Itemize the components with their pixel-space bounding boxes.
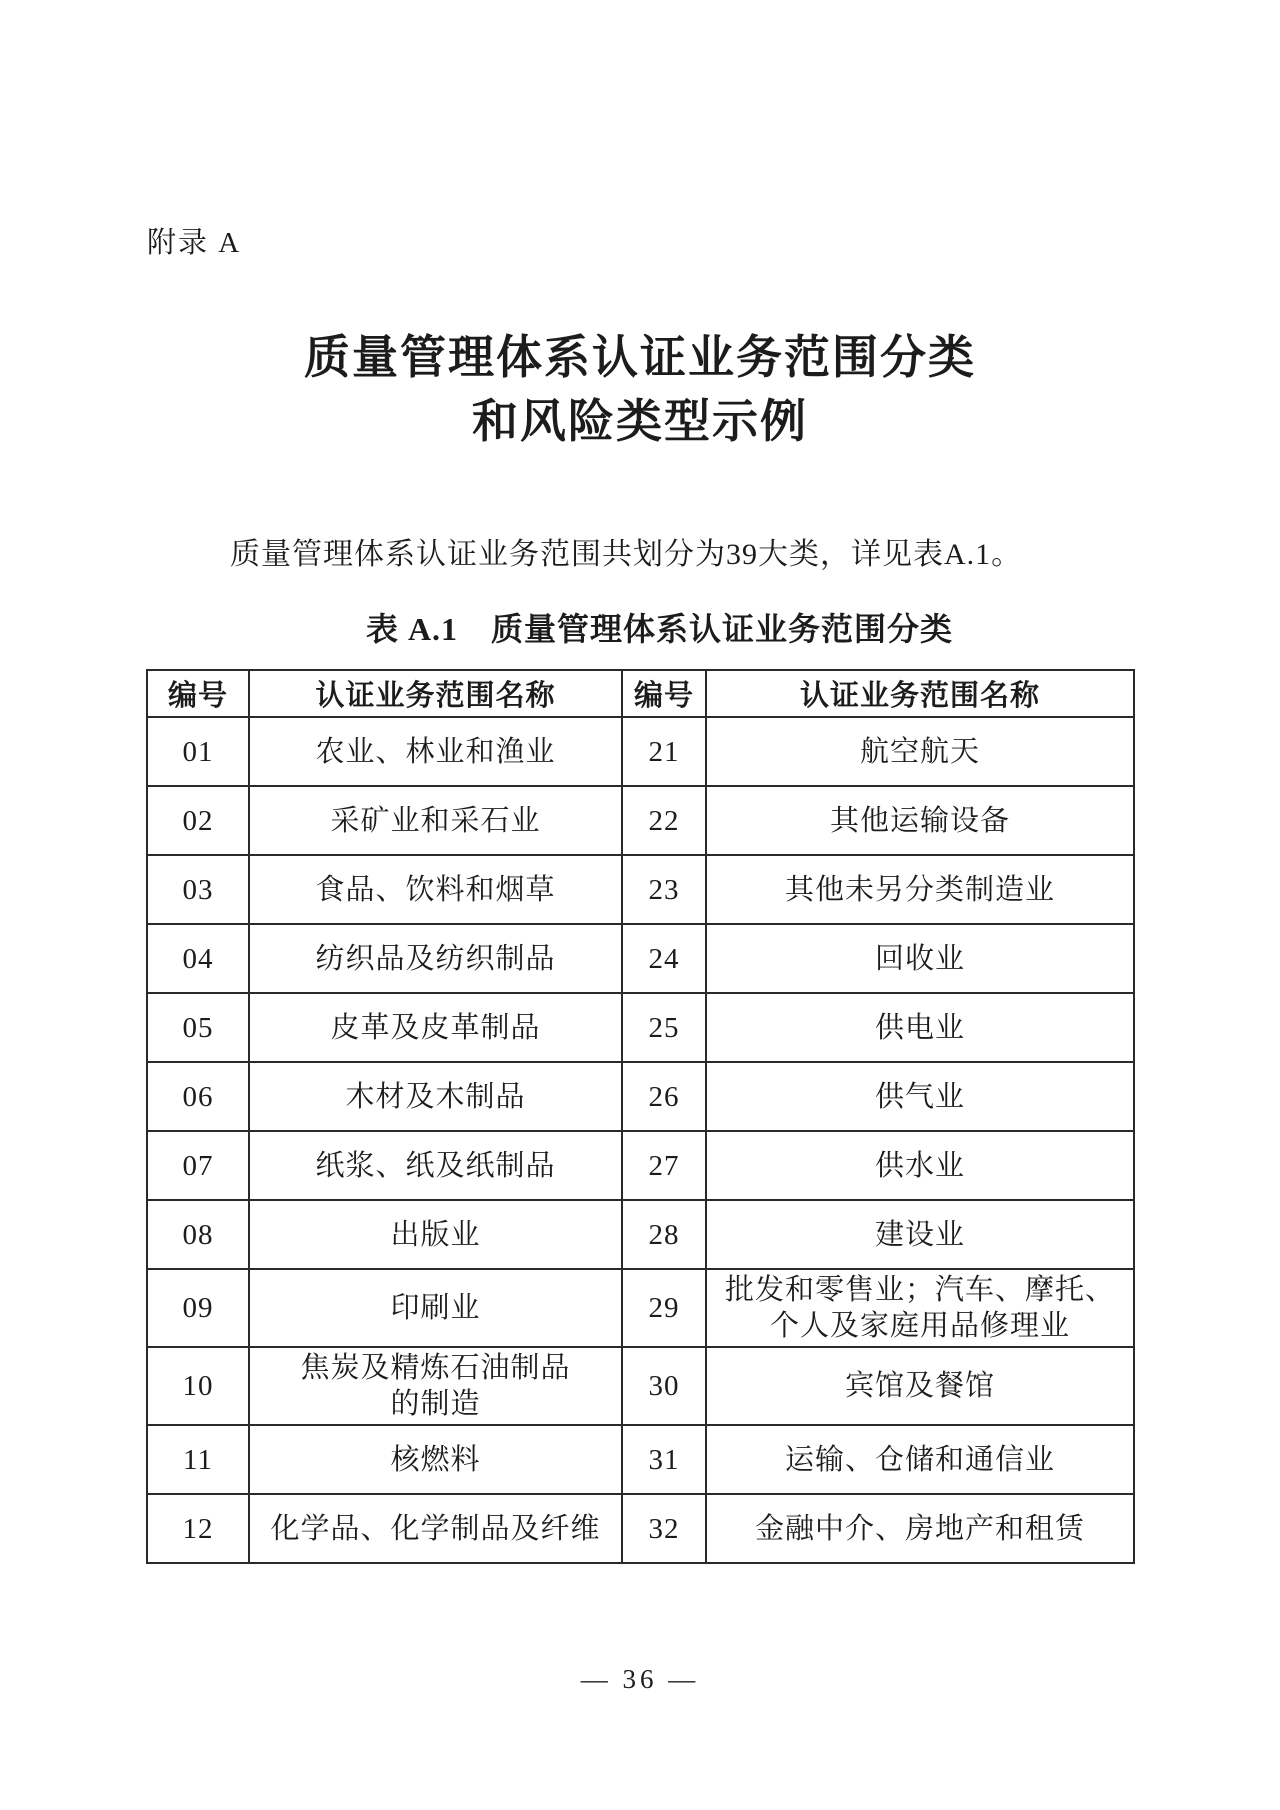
table-row: 07 纸浆、纸及纸制品 27 供水业: [147, 1131, 1134, 1200]
cell-scope-name: 出版业: [249, 1200, 622, 1269]
cell-code: 31: [622, 1425, 706, 1494]
table-row: 10 焦炭及精炼石油制品 的制造 30 宾馆及餐馆: [147, 1347, 1134, 1425]
cell-code: 01: [147, 717, 249, 786]
cell-scope-name: 其他运输设备: [706, 786, 1134, 855]
cell-code: 32: [622, 1494, 706, 1563]
cell-scope-name: 纸浆、纸及纸制品: [249, 1131, 622, 1200]
cell-scope-name: 农业、林业和渔业: [249, 717, 622, 786]
cell-code: 21: [622, 717, 706, 786]
cell-scope-name: 木材及木制品: [249, 1062, 622, 1131]
cell-scope-name: 运输、仓储和通信业: [706, 1425, 1134, 1494]
header-row: 编号 认证业务范围名称 编号 认证业务范围名称: [147, 670, 1134, 717]
table-body: 01 农业、林业和渔业 21 航空航天 02 采矿业和采石业 22 其他运输设备…: [147, 717, 1134, 1563]
cell-code: 08: [147, 1200, 249, 1269]
cell-code: 07: [147, 1131, 249, 1200]
intro-paragraph: 质量管理体系认证业务范围共划分为39大类，详见表A.1。: [150, 536, 1140, 574]
cell-code: 03: [147, 855, 249, 924]
cell-code: 26: [622, 1062, 706, 1131]
appendix-label: 附录 A: [147, 220, 241, 261]
cell-code: 10: [147, 1347, 249, 1425]
document-page: 附录 A 质量管理体系认证业务范围分类 和风险类型示例 质量管理体系认证业务范围…: [0, 0, 1280, 1810]
cell-scope-name: 食品、饮料和烟草: [249, 855, 622, 924]
title-line-1: 质量管理体系认证业务范围分类: [0, 326, 1280, 390]
column-header-name-left: 认证业务范围名称: [249, 670, 622, 717]
cell-code: 30: [622, 1347, 706, 1425]
cell-code: 09: [147, 1269, 249, 1347]
cell-scope-name: 建设业: [706, 1200, 1134, 1269]
cell-scope-name: 金融中介、房地产和租赁: [706, 1494, 1134, 1563]
cell-scope-name: 供电业: [706, 993, 1134, 1062]
table-row: 03 食品、饮料和烟草 23 其他未另分类制造业: [147, 855, 1134, 924]
table-caption: 表 A.1 质量管理体系认证业务范围分类: [146, 604, 1133, 650]
column-header-code-left: 编号: [147, 670, 249, 717]
cell-code: 02: [147, 786, 249, 855]
document-title: 质量管理体系认证业务范围分类 和风险类型示例: [0, 326, 1280, 454]
cell-code: 29: [622, 1269, 706, 1347]
cell-code: 28: [622, 1200, 706, 1269]
cell-scope-name: 印刷业: [249, 1269, 622, 1347]
cell-scope-name: 焦炭及精炼石油制品 的制造: [249, 1347, 622, 1425]
table-header: 编号 认证业务范围名称 编号 认证业务范围名称: [147, 670, 1134, 717]
cell-scope-name: 其他未另分类制造业: [706, 855, 1134, 924]
column-header-name-right: 认证业务范围名称: [706, 670, 1134, 717]
table-row: 01 农业、林业和渔业 21 航空航天: [147, 717, 1134, 786]
table-row: 04 纺织品及纺织制品 24 回收业: [147, 924, 1134, 993]
cell-code: 12: [147, 1494, 249, 1563]
table-row: 02 采矿业和采石业 22 其他运输设备: [147, 786, 1134, 855]
cell-scope-name: 核燃料: [249, 1425, 622, 1494]
cell-scope-name: 供气业: [706, 1062, 1134, 1131]
table-row: 12 化学品、化学制品及纤维 32 金融中介、房地产和租赁: [147, 1494, 1134, 1563]
cell-scope-name: 化学品、化学制品及纤维: [249, 1494, 622, 1563]
cell-scope-name: 采矿业和采石业: [249, 786, 622, 855]
cell-code: 27: [622, 1131, 706, 1200]
title-line-2: 和风险类型示例: [0, 390, 1280, 454]
table-row: 09 印刷业 29 批发和零售业；汽车、摩托、 个人及家庭用品修理业: [147, 1269, 1134, 1347]
cell-scope-name: 供水业: [706, 1131, 1134, 1200]
cell-code: 04: [147, 924, 249, 993]
cell-scope-name: 宾馆及餐馆: [706, 1347, 1134, 1425]
cell-code: 11: [147, 1425, 249, 1494]
scope-classification-table: 编号 认证业务范围名称 编号 认证业务范围名称 01 农业、林业和渔业 21 航…: [146, 669, 1135, 1564]
cell-scope-name: 航空航天: [706, 717, 1134, 786]
table-row: 08 出版业 28 建设业: [147, 1200, 1134, 1269]
column-header-code-right: 编号: [622, 670, 706, 717]
cell-scope-name: 回收业: [706, 924, 1134, 993]
cell-code: 25: [622, 993, 706, 1062]
cell-code: 05: [147, 993, 249, 1062]
table-row: 11 核燃料 31 运输、仓储和通信业: [147, 1425, 1134, 1494]
cell-code: 24: [622, 924, 706, 993]
cell-scope-name: 纺织品及纺织制品: [249, 924, 622, 993]
cell-code: 06: [147, 1062, 249, 1131]
table-row: 06 木材及木制品 26 供气业: [147, 1062, 1134, 1131]
cell-scope-name: 批发和零售业；汽车、摩托、 个人及家庭用品修理业: [706, 1269, 1134, 1347]
cell-scope-name: 皮革及皮革制品: [249, 993, 622, 1062]
cell-code: 23: [622, 855, 706, 924]
table-row: 05 皮革及皮革制品 25 供电业: [147, 993, 1134, 1062]
cell-code: 22: [622, 786, 706, 855]
page-number: — 36 —: [0, 1664, 1280, 1695]
